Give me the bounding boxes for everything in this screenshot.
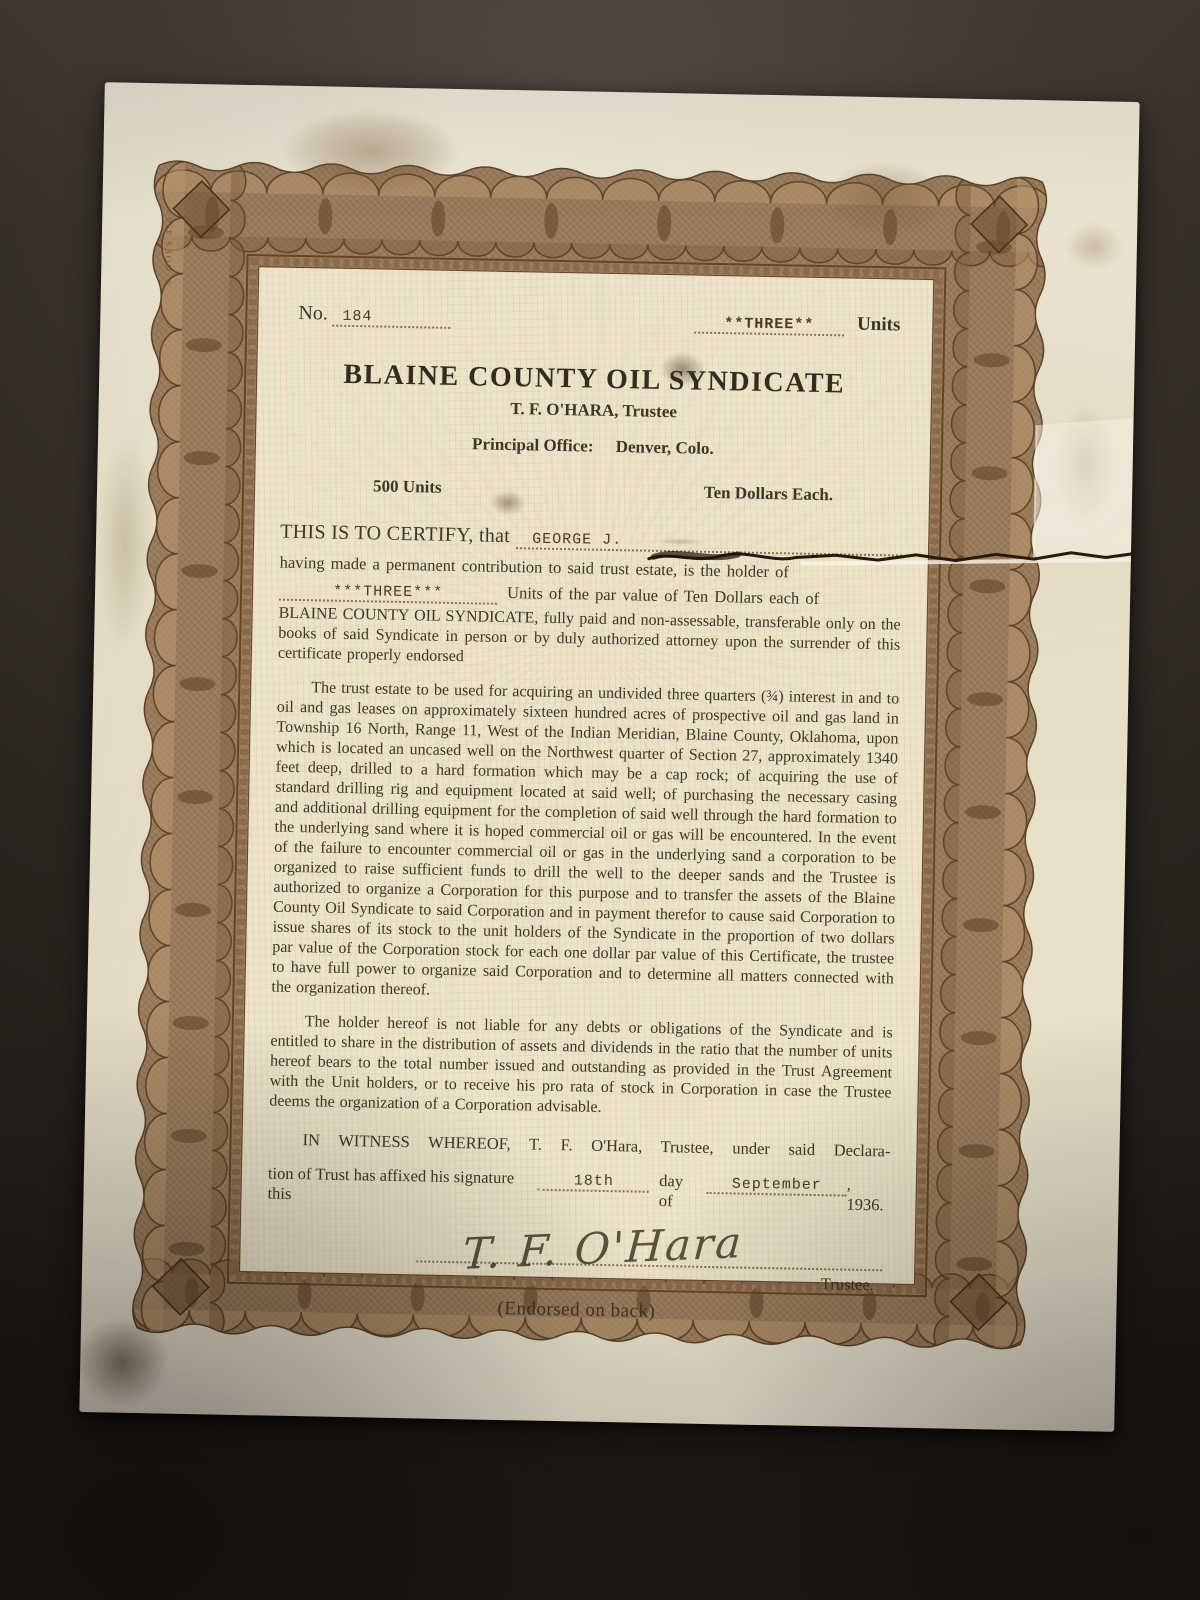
syndicate-title: BLAINE COUNTY OIL SYNDICATE [283,358,905,402]
printer-credit: © GOES 450 [163,215,174,287]
number-label: No. [298,302,328,325]
holder-name-fill: GEORGE J. [516,530,902,556]
day-fill: 18th [537,1172,649,1193]
units-label: Units [857,314,901,336]
header-row: No. 184 **THREE** Units [298,302,900,338]
witness-line2-pre: tion of Trust has affixed his signature … [267,1164,527,1209]
trustee-caption: Trustee. [821,1274,874,1295]
certify-lead: THIS IS TO CERTIFY, that [280,521,510,548]
units-typed-value: **THREE** [724,315,814,333]
office-label: Principal Office: [472,434,594,455]
certificate-text: No. 184 **THREE** Units BLAINE COUNTY OI… [240,267,933,1284]
certificate-paper: © GOES 450 No. 184 **THREE** Units BLAIN… [79,82,1139,1432]
stain-top-right [1053,212,1134,280]
month-typed: September [732,1176,822,1194]
units-header: **THREE** Units [694,311,900,338]
units-price-row: 500 Units Ten Dollars Each. [373,476,833,505]
principal-office-line: Principal Office: Denver, Colo. [282,431,904,463]
trustee-signature: T. F. O'Hara [461,1218,744,1280]
total-units: 500 Units [373,476,442,497]
units-fill-line: **THREE** [694,315,844,337]
year-text: , 1936. [846,1175,890,1216]
units-body-typed: ***THREE*** [333,583,443,601]
photo-background: © GOES 450 No. 184 **THREE** Units BLAIN… [0,0,1200,1600]
certificate-panel: No. 184 **THREE** Units BLAINE COUNTY OI… [240,267,933,1284]
stain-right-edge [1044,385,1127,542]
number-fill-line: 184 [333,308,451,329]
holder-name: GEORGE J. [532,531,622,549]
unit-price: Ten Dollars Each. [704,483,834,505]
units-body-fill: ***THREE*** [279,582,497,605]
day-typed: 18th [573,1173,613,1190]
certificate-number: No. 184 [298,302,451,329]
certify-line3-text: Units of the par value of Ten Dollars ea… [497,583,901,611]
number-value: 184 [343,308,373,325]
signature-row: T. F. O'Hara Trustee. [266,1206,889,1292]
witness-line1: IN WITNESS WHEREOF, T. F. O'Hara, Truste… [268,1130,890,1162]
holder-liability-paragraph: The holder hereof is not liable for any … [269,1012,893,1124]
faded-surname-smudge [648,537,712,547]
certify-continuation: BLAINE COUNTY OIL SYNDICATE, fully paid … [278,604,901,676]
certify-lead-row: THIS IS TO CERTIFY, that GEORGE J. [280,521,902,557]
month-fill: September [707,1175,847,1197]
witness-mid: day of [659,1171,699,1212]
office-value: Denver, Colo. [616,437,714,458]
trust-estate-paragraph: The trust estate to be used for acquirin… [271,678,899,1010]
